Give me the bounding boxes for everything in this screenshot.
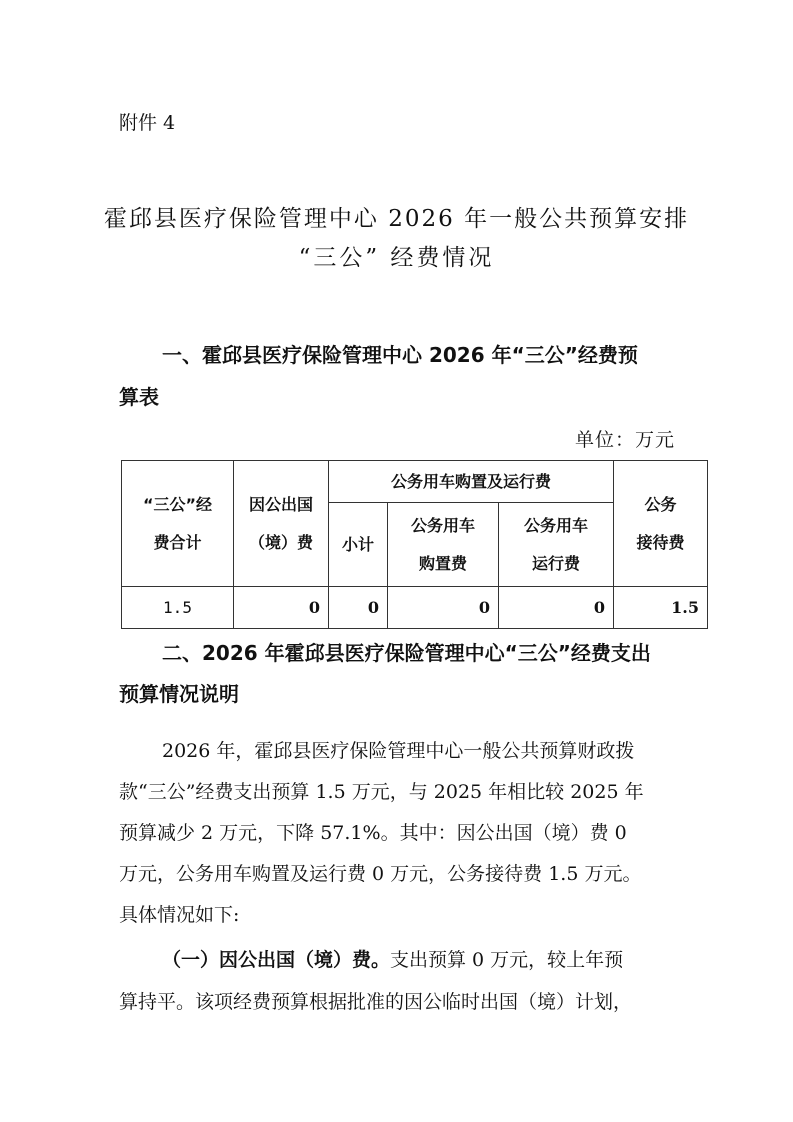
header-abroad-line1: 因公出国 — [234, 486, 328, 524]
table-row: 1.5 0 0 0 0 1.5 — [122, 587, 708, 629]
cell-abroad: 0 — [234, 587, 329, 629]
cell-total: 1.5 — [122, 587, 234, 629]
attachment-label: 附件 4 — [119, 108, 175, 135]
document-title-line2: “三公” 经费情况 — [0, 239, 793, 272]
header-purchase: 公务用车 购置费 — [388, 503, 499, 587]
header-abroad-line2: （境）费 — [234, 524, 328, 562]
header-operation: 公务用车 运行费 — [499, 503, 614, 587]
cell-operation: 0 — [499, 587, 614, 629]
header-purchase-line1: 公务用车 — [388, 507, 498, 545]
header-vehicle-group: 公务用车购置及运行费 — [329, 461, 614, 503]
section2-heading-line1: 二、2026 年霍邱县医疗保险管理中心“三公”经费支出 — [162, 637, 651, 666]
header-total-line1: “三公”经 — [122, 486, 233, 524]
three-public-budget-table: “三公”经 费合计 因公出国 （境）费 公务用车购置及运行费 公务 接待费 小计… — [121, 460, 708, 629]
header-total-line2: 费合计 — [122, 524, 233, 562]
document-title-line1: 霍邱县医疗保险管理中心 2026 年一般公共预算安排 — [0, 200, 793, 233]
cell-purchase: 0 — [388, 587, 499, 629]
subsection1-text: 支出预算 0 万元，较上年预 — [390, 949, 623, 971]
section1-heading-line1: 一、霍邱县医疗保险管理中心 2026 年“三公”经费预 — [162, 339, 638, 368]
paragraph-line: 万元，公务用车购置及运行费 0 万元，公务接待费 1.5 万元。 — [119, 859, 641, 886]
header-operation-line2: 运行费 — [499, 545, 613, 583]
header-subtotal: 小计 — [329, 503, 388, 587]
subsection1-line2: 算持平。该项经费预算根据批准的因公临时出国（境）计划， — [119, 987, 632, 1014]
paragraph-line: 2026 年，霍邱县医疗保险管理中心一般公共预算财政拨 — [162, 736, 634, 763]
paragraph-line: 款“三公”经费支出预算 1.5 万元，与 2025 年相比较 2025 年 — [119, 777, 644, 804]
cell-subtotal: 0 — [329, 587, 388, 629]
unit-label: 单位：万元 — [575, 425, 675, 452]
header-total: “三公”经 费合计 — [122, 461, 234, 587]
header-reception-line1: 公务 — [614, 486, 707, 524]
section2-heading-line2: 预算情况说明 — [119, 678, 239, 707]
header-abroad: 因公出国 （境）费 — [234, 461, 329, 587]
cell-reception: 1.5 — [614, 587, 708, 629]
paragraph-line: 具体情况如下: — [119, 900, 239, 927]
header-reception: 公务 接待费 — [614, 461, 708, 587]
paragraph-line: 预算减少 2 万元，下降 57.1%。其中：因公出国（境）费 0 — [119, 818, 627, 845]
header-purchase-line2: 购置费 — [388, 545, 498, 583]
header-operation-line1: 公务用车 — [499, 507, 613, 545]
subsection1-line1: （一）因公出国（境）费。支出预算 0 万元，较上年预 — [162, 945, 623, 972]
section1-heading-line2: 算表 — [119, 381, 159, 410]
header-reception-line2: 接待费 — [614, 524, 707, 562]
subsection1-heading: （一）因公出国（境）费。 — [162, 949, 390, 971]
